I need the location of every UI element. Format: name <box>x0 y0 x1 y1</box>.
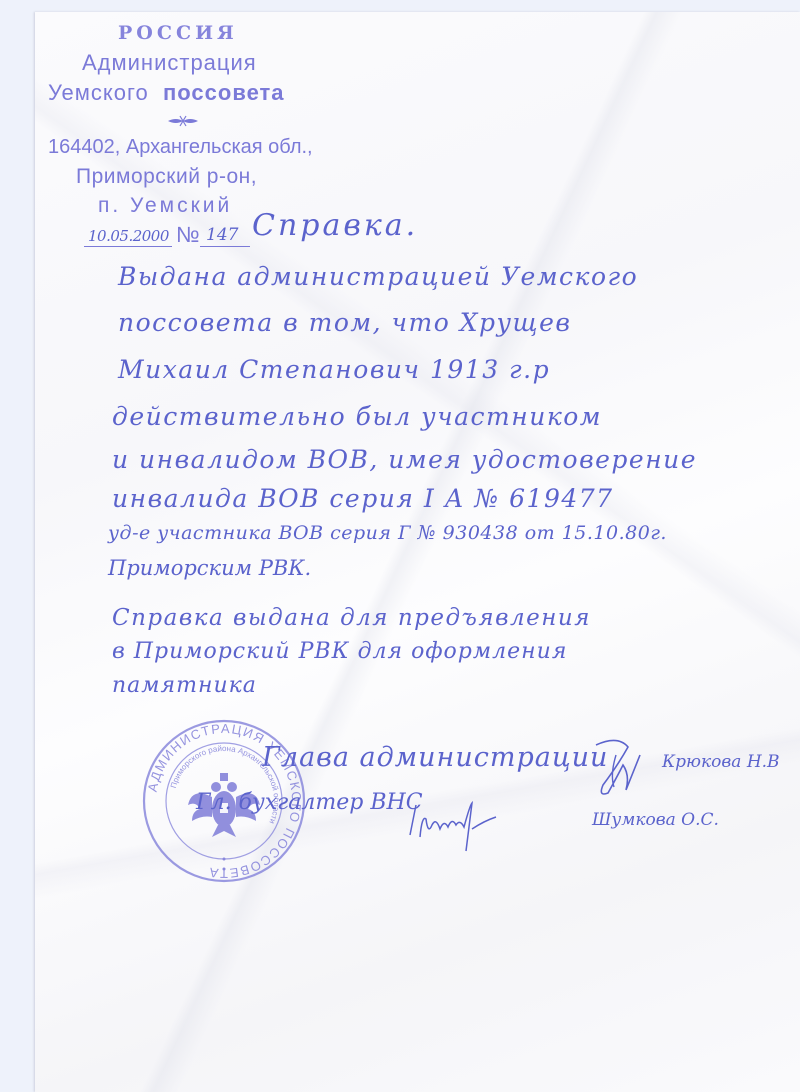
body-line: Выдана администрацией Уемского <box>118 262 638 291</box>
letterhead-address-district: Приморский р-он, <box>76 165 257 189</box>
signatory-name-accountant: Шумкова О.С. <box>592 810 719 830</box>
body-line: поссовета в том, что Хрущев <box>118 308 571 337</box>
date-underline <box>84 246 172 247</box>
letterhead-org-name: Уемского <box>48 80 149 105</box>
body-line: инвалида ВОВ серия I А № 619477 <box>112 484 614 513</box>
document-title: Справка. <box>252 208 418 243</box>
number-underline <box>200 246 250 247</box>
letterhead-address-postal: 164402, Архангельская обл., <box>48 136 313 159</box>
body-line: Приморским РВК. <box>108 556 311 580</box>
letterhead-country: РОССИЯ <box>118 22 238 44</box>
ornament-icon <box>168 115 198 127</box>
signatory-role-accountant: Гл. бухгалтер ВНС <box>196 790 423 815</box>
body-line: уд-е участника ВОВ серия Г № 930438 от 1… <box>108 522 667 544</box>
letterhead-org-line1: Администрация <box>82 50 257 76</box>
letterhead-address-settlement: п. Уемский <box>98 194 232 218</box>
signature-head <box>588 735 648 805</box>
body-line: Михаил Степанович 1913 г.р <box>118 355 550 384</box>
number-sign: № <box>176 222 200 248</box>
letterhead-org-type: поссовета <box>163 80 285 105</box>
body-line: в Приморский РВК для оформления <box>112 639 567 664</box>
document-number: 147 <box>206 225 238 245</box>
signatory-name-head: Крюкова Н.В <box>662 752 780 772</box>
document-date: 10.05.2000 <box>88 227 169 245</box>
body-line: и инвалидом ВОВ, имея удостоверение <box>112 445 697 474</box>
body-line: памятника <box>112 673 257 698</box>
signature-accountant <box>400 795 510 855</box>
letterhead-org-line2: Уемского поссовета <box>48 80 285 106</box>
body-line: действительно был участником <box>112 402 602 431</box>
signatory-role-head: Глава администрации <box>262 742 608 773</box>
body-line: Справка выдана для предъявления <box>112 605 591 631</box>
